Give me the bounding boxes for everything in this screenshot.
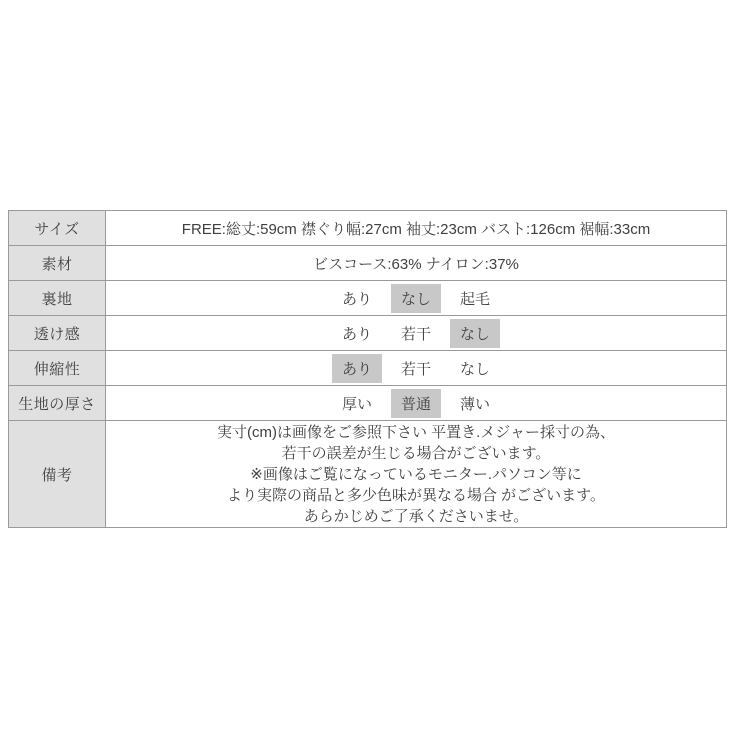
row-value-sheerness: あり 若干 なし: [106, 316, 726, 350]
option-stretch-nashi: なし: [450, 354, 500, 383]
row-value-stretch: あり 若干 なし: [106, 351, 726, 385]
row-label-sheerness: 透け感: [9, 316, 106, 350]
row-value-notes: 実寸(cm)は画像をご参照下さい 平置き.メジャー採寸の為、 若干の誤差が生じる…: [106, 421, 726, 527]
table-row-notes: 備考 実寸(cm)は画像をご参照下さい 平置き.メジャー採寸の為、 若干の誤差が…: [9, 421, 726, 527]
option-sheerness-ari: あり: [332, 319, 382, 348]
row-value-material: ビスコース:63% ナイロン:37%: [106, 246, 726, 280]
row-value-size: FREE:総丈:59cm 襟ぐり幅:27cm 袖丈:23cm バスト:126cm…: [106, 211, 726, 245]
table-row-thickness: 生地の厚さ 厚い 普通 薄い: [9, 386, 726, 421]
table-row-size: サイズ FREE:総丈:59cm 襟ぐり幅:27cm 袖丈:23cm バスト:1…: [9, 211, 726, 246]
notes-line-5: あらかじめご了承くださいませ。: [304, 506, 529, 527]
row-label-material: 素材: [9, 246, 106, 280]
product-spec-table: サイズ FREE:総丈:59cm 襟ぐり幅:27cm 袖丈:23cm バスト:1…: [8, 210, 727, 528]
row-label-size: サイズ: [9, 211, 106, 245]
row-value-lining: あり なし 起毛: [106, 281, 726, 315]
notes-line-2: 若干の誤差が生じる場合がございます。: [282, 443, 551, 464]
row-label-thickness: 生地の厚さ: [9, 386, 106, 420]
row-value-thickness: 厚い 普通 薄い: [106, 386, 726, 420]
table-row-material: 素材 ビスコース:63% ナイロン:37%: [9, 246, 726, 281]
row-label-lining: 裏地: [9, 281, 106, 315]
option-sheerness-jakkan: 若干: [391, 319, 441, 348]
option-stretch-ari-selected: あり: [332, 354, 382, 383]
option-stretch-jakkan: 若干: [391, 354, 441, 383]
notes-line-4: より実際の商品と多少色味が異なる場合 がございます。: [227, 485, 605, 506]
notes-line-3: ※画像はご覧になっているモニター.パソコン等に: [250, 464, 581, 485]
option-thickness-atsui: 厚い: [332, 389, 382, 418]
option-thickness-futsuu-selected: 普通: [391, 389, 441, 418]
notes-line-1: 実寸(cm)は画像をご参照下さい 平置き.メジャー採寸の為、: [217, 422, 615, 443]
table-row-sheerness: 透け感 あり 若干 なし: [9, 316, 726, 351]
option-thickness-usui: 薄い: [450, 389, 500, 418]
option-lining-kimo: 起毛: [450, 284, 500, 313]
option-sheerness-nashi-selected: なし: [450, 319, 500, 348]
option-lining-nashi-selected: なし: [391, 284, 441, 313]
row-label-notes: 備考: [9, 421, 106, 527]
table-row-lining: 裏地 あり なし 起毛: [9, 281, 726, 316]
option-lining-ari: あり: [332, 284, 382, 313]
table-row-stretch: 伸縮性 あり 若干 なし: [9, 351, 726, 386]
row-label-stretch: 伸縮性: [9, 351, 106, 385]
